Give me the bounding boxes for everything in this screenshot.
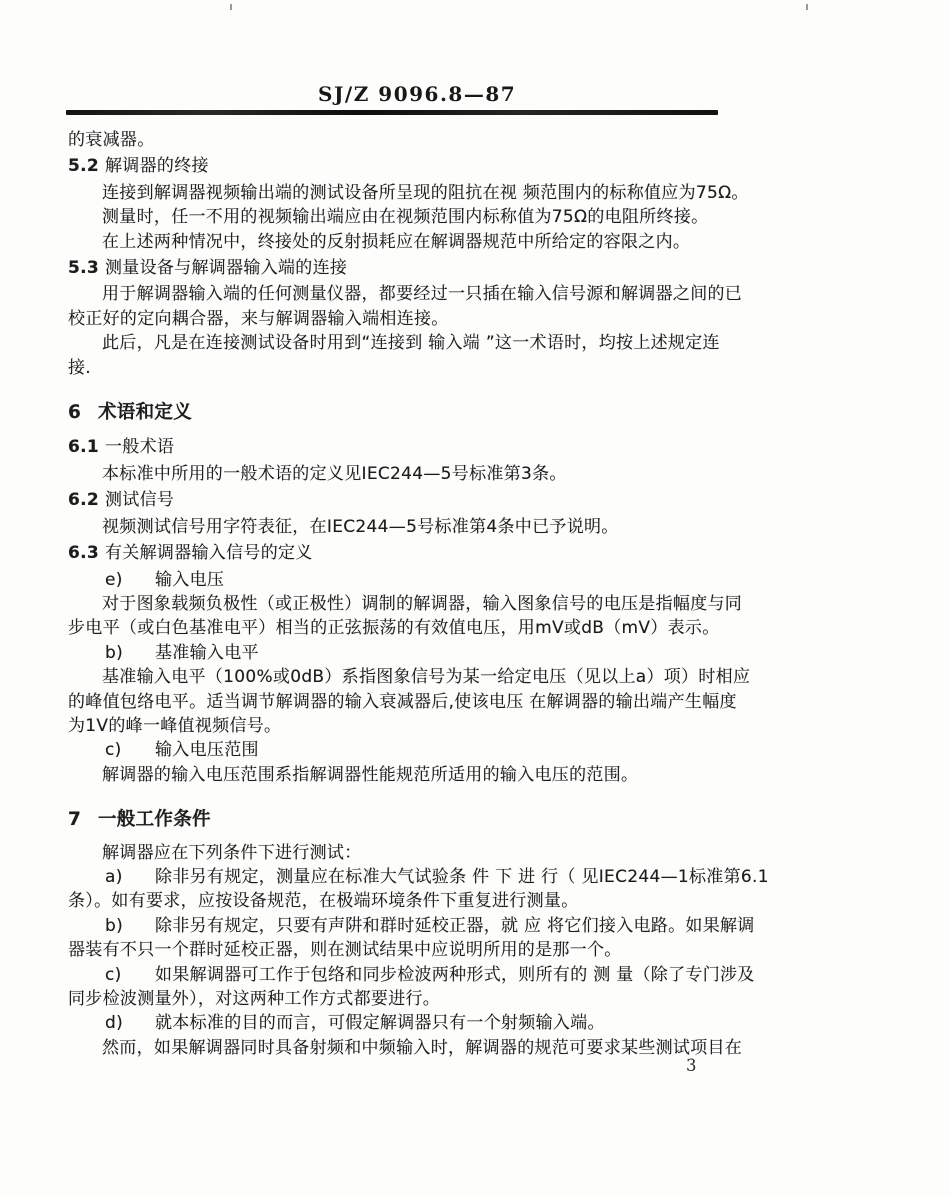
section-number: 6.2 — [68, 488, 105, 512]
section-heading-5-3: 5.3测量设备与解调器输入端的连接 — [68, 254, 738, 282]
list-item: b)基准输入电平 — [68, 641, 738, 665]
list-text: 除非另有规定，测量应在标准大气试验条 件 下 进 行（ 见IEC244—1标准第… — [155, 867, 769, 887]
text-line: 对于图象载频负极性（或正极性）调制的解调器，输入图象信号的电压是指幅度与同 — [68, 592, 738, 616]
standard-number-header: SJ/Z 9096.8—87 — [318, 82, 516, 106]
list-item: a)除非另有规定，测量应在标准大气试验条 件 下 进 行（ 见IEC244—1标… — [68, 865, 738, 889]
chapter-number: 6 — [68, 401, 98, 425]
document-body: 的衰减器。 5.2解调器的终接 连接到解调器视频输出端的测试设备所呈现的阻抗在视… — [68, 128, 738, 1060]
list-letter: a) — [105, 865, 155, 889]
section-title: 一般术语 — [105, 437, 174, 457]
list-text: 除非另有规定，只要有声阱和群时延校正器，就 应 将它们接入电路。如果解调 — [155, 916, 755, 936]
section-number: 6.1 — [68, 435, 105, 459]
text-line: 校正好的定向耦合器，来与解调器输入端相连接。 — [68, 307, 738, 331]
scan-artifact-tick — [806, 4, 808, 10]
list-letter: c) — [105, 963, 155, 987]
list-text: 基准输入电平 — [155, 643, 259, 663]
section-number: 5.2 — [68, 154, 105, 178]
list-text: 输入电压范围 — [155, 740, 259, 760]
chapter-title: 术语和定义 — [98, 402, 192, 423]
text-line: 解调器的输入电压范围系指解调器性能规范所适用的输入电压的范围。 — [68, 763, 738, 787]
section-title: 测试信号 — [105, 490, 174, 510]
list-item: c)如果解调器可工作于包络和同步检波两种形式，则所有的 测 量（除了专门涉及 — [68, 963, 738, 987]
list-text: 就本标准的目的而言，可假定解调器只有一个射频输入端。 — [155, 1013, 605, 1033]
list-text: 输入电压 — [155, 570, 224, 590]
list-text: 如果解调器可工作于包络和同步检波两种形式，则所有的 测 量（除了专门涉及 — [155, 965, 755, 985]
chapter-heading-7: 7一般工作条件 — [68, 808, 738, 832]
page-number: 3 — [686, 1056, 697, 1075]
text-line: 本标准中所用的一般术语的定义见IEC244—5号标准第3条。 — [68, 462, 738, 486]
text-line: 基准输入电平（100%或0dB）系指图象信号为某一给定电压（见以上a）项）时相应 — [68, 665, 738, 689]
list-item: b)除非另有规定，只要有声阱和群时延校正器，就 应 将它们接入电路。如果解调 — [68, 914, 738, 938]
text-line: 视频测试信号用字符表征，在IEC244—5号标准第4条中已予说明。 — [68, 515, 738, 539]
list-letter: e) — [105, 568, 155, 592]
header-rule — [66, 110, 718, 115]
text-line: 此后，凡是在连接测试设备时用到“连接到 输入端 ”这一术语时，均按上述规定连 — [68, 331, 738, 355]
list-letter: d) — [105, 1011, 155, 1035]
text-line: 的衰减器。 — [68, 128, 738, 152]
text-line: 然而，如果解调器同时具备射频和中频输入时，解调器的规范可要求某些测试项目在 — [68, 1036, 738, 1060]
section-title: 解调器的终接 — [105, 156, 209, 176]
text-line: 测量时，任一不用的视频输出端应由在视频范围内标称值为75Ω的电阻所终接。 — [68, 205, 738, 229]
text-line: 连接到解调器视频输出端的测试设备所呈现的阻抗在视 频范围内的标称值应为75Ω。 — [68, 181, 738, 205]
list-letter: b) — [105, 914, 155, 938]
list-item: c)输入电压范围 — [68, 738, 738, 762]
section-number: 5.3 — [68, 256, 105, 280]
list-item: d)就本标准的目的而言，可假定解调器只有一个射频输入端。 — [68, 1011, 738, 1035]
section-title: 有关解调器输入信号的定义 — [105, 543, 313, 563]
scanned-document-page: SJ/Z 9096.8—87 的衰减器。 5.2解调器的终接 连接到解调器视频输… — [0, 0, 950, 1195]
section-heading-5-2: 5.2解调器的终接 — [68, 152, 738, 180]
list-item: e)输入电压 — [68, 568, 738, 592]
section-heading-6-2: 6.2测试信号 — [68, 486, 738, 514]
text-line: 在上述两种情况中，终接处的反射损耗应在解调器规范中所给定的容限之内。 — [68, 230, 738, 254]
text-line: 接. — [68, 356, 738, 380]
chapter-heading-6: 6术语和定义 — [68, 401, 738, 425]
list-letter: c) — [105, 738, 155, 762]
text-line: 解调器应在下列条件下进行测试： — [68, 841, 738, 865]
section-heading-6-3: 6.3有关解调器输入信号的定义 — [68, 539, 738, 567]
chapter-number: 7 — [68, 808, 98, 832]
section-heading-6-1: 6.1一般术语 — [68, 433, 738, 461]
text-line: 步电平（或白色基准电平）相当的正弦振荡的有效值电压，用mV或dB（mV）表示。 — [68, 616, 738, 640]
text-line: 为1V的峰一峰值视频信号。 — [68, 714, 738, 738]
text-line: 条）。如有要求，应按设备规范，在极端环境条件下重复进行测量。 — [68, 889, 738, 913]
section-number: 6.3 — [68, 541, 105, 565]
section-title: 测量设备与解调器输入端的连接 — [105, 258, 347, 278]
text-line: 的峰值包络电平。适当调节解调器的输入衰减器后,使该电压 在解调器的输出端产生幅度 — [68, 690, 738, 714]
text-line: 用于解调器输入端的任何测量仪器，都要经过一只插在输入信号源和解调器之间的已 — [68, 282, 738, 306]
text-line: 器装有不只一个群时延校正器，则在测试结果中应说明所用的是那一个。 — [68, 938, 738, 962]
scan-artifact-tick — [230, 4, 232, 10]
chapter-title: 一般工作条件 — [98, 809, 211, 830]
text-line: 同步检波测量外），对这两种工作方式都要进行。 — [68, 987, 738, 1011]
list-letter: b) — [105, 641, 155, 665]
